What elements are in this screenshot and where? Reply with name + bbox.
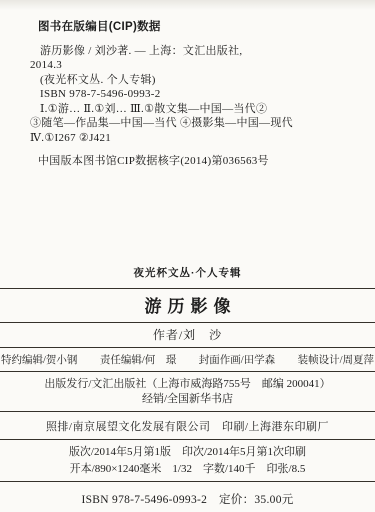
printer-line: 照排/南京展望文化发展有限公司 印刷/上海港东印刷厂 xyxy=(0,412,375,439)
editors-row: 特约编辑/贺小钢 责任编辑/何 璟 封面作画/田学森 装帧设计/周夏萍 xyxy=(0,348,375,371)
cip-record-number: 中国版本图书馆CIP数据核字(2014)第036563号 xyxy=(30,154,357,169)
publisher-line: 出版发行/文汇出版社（上海市威海路755号 邮编 200041） xyxy=(0,377,375,392)
format-line: 开本/890×1240毫米 1/32 字数/140千 印张/8.5 xyxy=(0,461,375,478)
cip-line-year: 2014.3 xyxy=(30,58,357,73)
cip-block: 图书在版编目(CIP)数据 游历影像 / 刘沙著. — 上海：文汇出版社, 20… xyxy=(30,20,357,169)
distribution-line: 经销/全国新华书店 xyxy=(0,392,375,407)
scan-edge-shadow xyxy=(0,0,375,10)
author-line: 作者/刘 沙 xyxy=(0,323,375,347)
book-copyright-page: { "colors": { "paper": "#fbfaf7", "text"… xyxy=(0,0,375,512)
edition-block: 版次/2014年5月第1版 印次/2014年5月第1次印刷 开本/890×124… xyxy=(0,440,375,481)
designer: 装帧设计/周夏萍 xyxy=(298,352,374,367)
divider xyxy=(0,481,375,482)
cip-line-class-2: ③随笔—作品集—中国—当代 ④摄影集—中国—现代 xyxy=(30,116,357,131)
isbn-price-line: ISBN 978-7-5496-0993-2 定价：35.00元 xyxy=(0,491,375,507)
cip-line-isbn: ISBN 978-7-5496-0993-2 xyxy=(30,87,357,102)
cip-line-class-1: Ⅰ.①游… Ⅱ.①刘… Ⅲ.①散文集—中国—当代② xyxy=(30,102,357,117)
edition-line: 版次/2014年5月第1版 印次/2014年5月第1次印刷 xyxy=(0,444,375,461)
cover-artist: 封面作画/田学森 xyxy=(199,352,275,367)
cip-line-series: (夜光杯文丛. 个人专辑) xyxy=(30,73,357,88)
colophon-table: 夜光杯文丛·个人专辑 游历影像 作者/刘 沙 特约编辑/贺小钢 责任编辑/何 璟… xyxy=(0,262,375,507)
special-editor: 特约编辑/贺小钢 xyxy=(1,352,77,367)
responsible-editor: 责任编辑/何 璟 xyxy=(100,352,176,367)
cip-line-class-3: Ⅳ.①I267 ②J421 xyxy=(30,131,357,146)
series-title: 夜光杯文丛·个人专辑 xyxy=(0,262,375,288)
cip-header: 图书在版编目(CIP)数据 xyxy=(30,20,357,35)
book-title: 游历影像 xyxy=(0,289,375,322)
cip-line-title: 游历影像 / 刘沙著. — 上海：文汇出版社, xyxy=(30,44,357,59)
publisher-block: 出版发行/文汇出版社（上海市威海路755号 邮编 200041） 经销/全国新华… xyxy=(0,372,375,411)
